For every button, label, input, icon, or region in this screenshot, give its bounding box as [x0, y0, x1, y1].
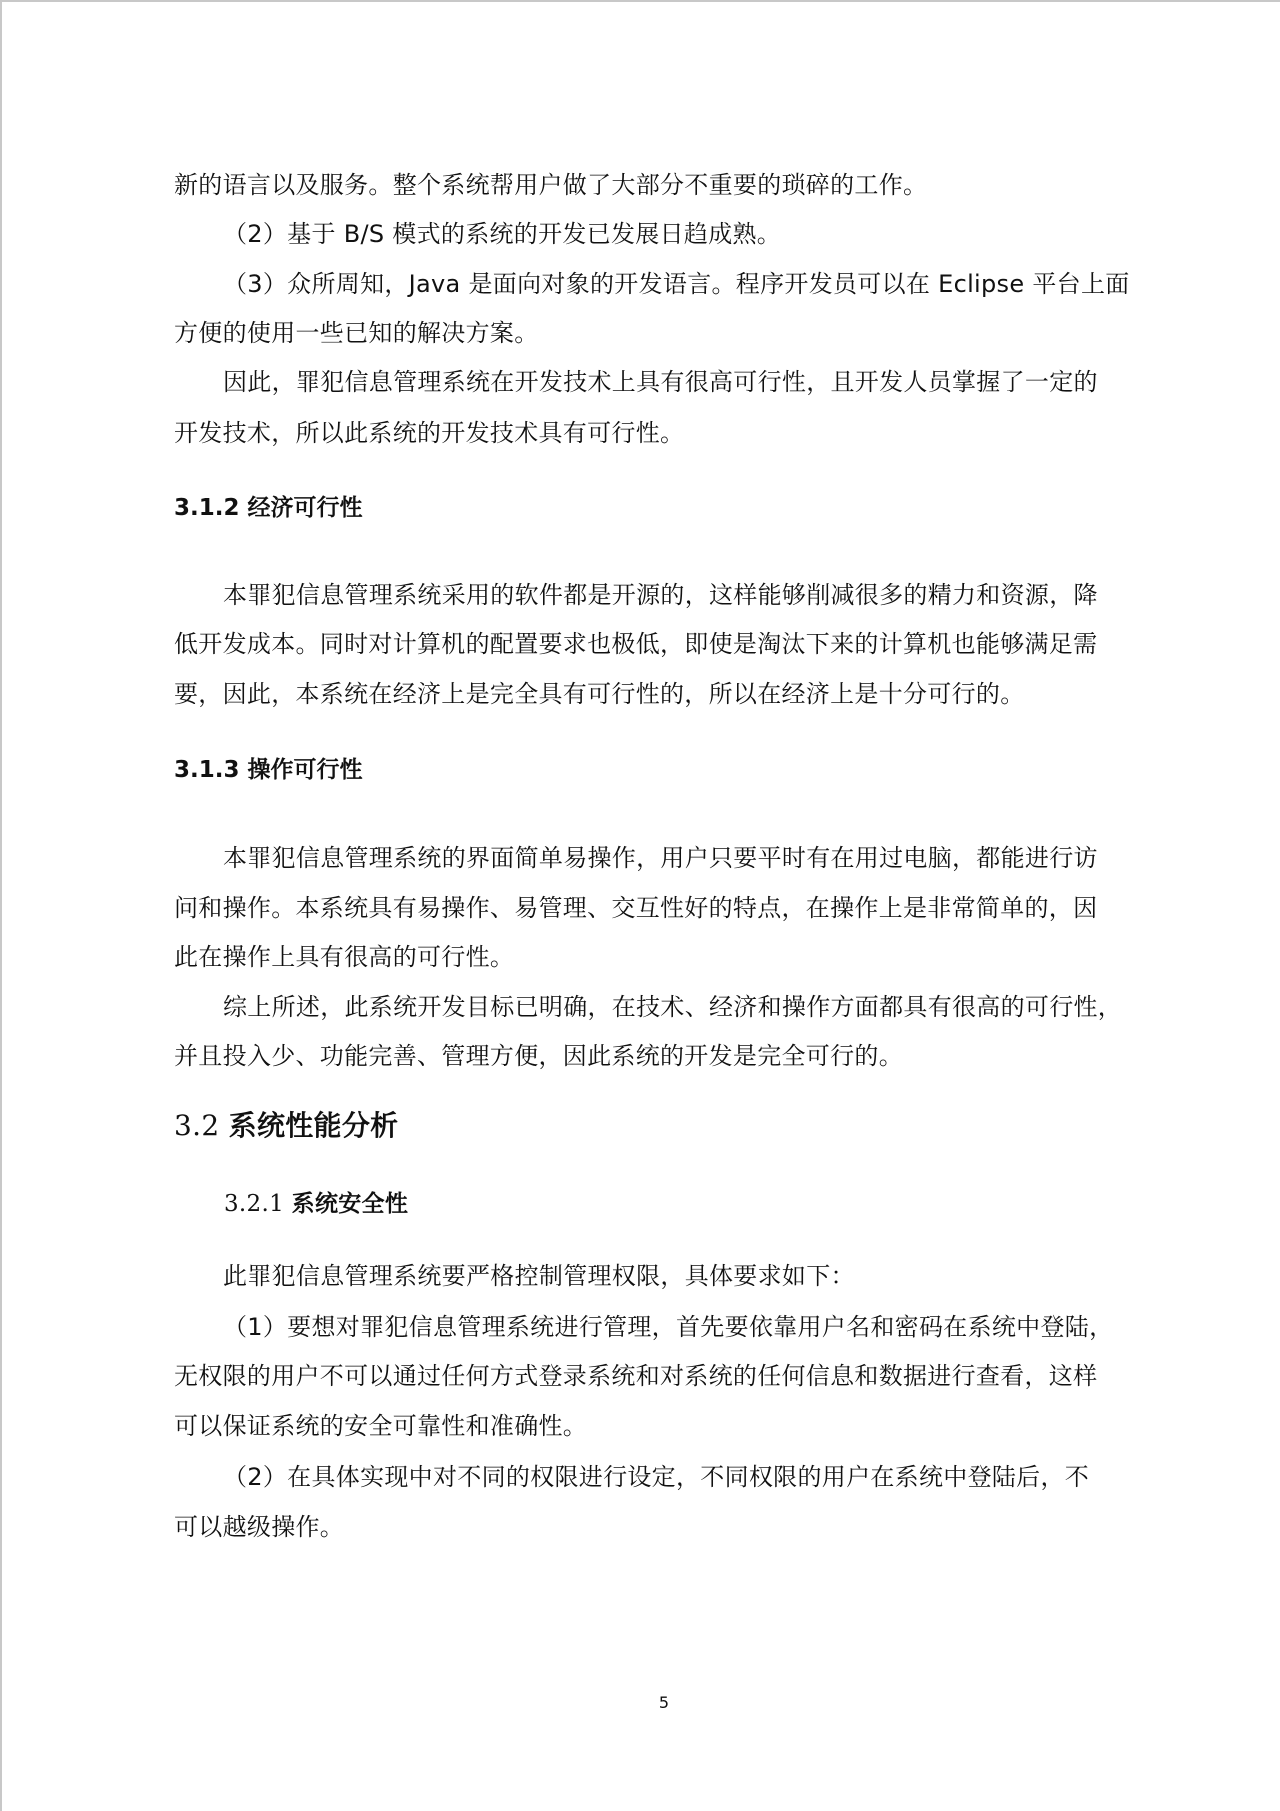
heading-text: 系统安全性	[292, 1191, 409, 1217]
heading-3-1-2: 3.1.2 经济可行性	[174, 493, 1144, 523]
heading-number: 3.2	[174, 1109, 219, 1142]
paragraph-line: 无权限的用户不可以通过任何方式登录系统和对系统的任何信息和数据进行查看，这样	[174, 1361, 1144, 1391]
paragraph-line: 低开发成本。同时对计算机的配置要求也极低，即使是淘汰下来的计算机也能够满足需	[174, 629, 1144, 659]
list-item-2: （2）基于 B/S 模式的系统的开发已发展日趋成熟。	[223, 219, 1144, 249]
paragraph-line: 方便的使用一些已知的解决方案。	[174, 318, 1144, 348]
paragraph-line: 本罪犯信息管理系统的界面简单易操作，用户只要平时有在用过电脑，都能进行访	[223, 843, 1144, 873]
paragraph-line: 本罪犯信息管理系统采用的软件都是开源的，这样能够削减很多的精力和资源，降	[223, 580, 1144, 610]
list-item-3: （3）众所周知，Java 是面向对象的开发语言。程序开发员可以在 Eclipse…	[223, 269, 1144, 299]
paragraph-line: 综上所述，此系统开发目标已明确，在技术、经济和操作方面都具有很高的可行性，	[223, 992, 1144, 1022]
document-page: 新的语言以及服务。整个系统帮用户做了大部分不重要的琐碎的工作。 （2）基于 B/…	[0, 0, 1280, 1811]
page-number: 5	[654, 1693, 674, 1713]
list-item-2: （2）在具体实现中对不同的权限进行设定，不同权限的用户在系统中登陆后，不	[223, 1462, 1144, 1492]
heading-number: 3.2.1	[224, 1191, 284, 1217]
heading-text: 系统性能分析	[229, 1109, 399, 1142]
heading-3-2-1: 3.2.1 系统安全性	[224, 1189, 1194, 1219]
paragraph-line: 因此，罪犯信息管理系统在开发技术上具有很高可行性，且开发人员掌握了一定的	[223, 367, 1144, 397]
paragraph-line: 可以保证系统的安全可靠性和准确性。	[174, 1411, 1144, 1441]
heading-3-2: 3.2 系统性能分析	[174, 1109, 1144, 1143]
paragraph-line: 此在操作上具有很高的可行性。	[174, 942, 1144, 972]
paragraph-line: 可以越级操作。	[174, 1512, 1144, 1542]
paragraph-line: 此罪犯信息管理系统要严格控制管理权限，具体要求如下：	[223, 1261, 1144, 1291]
list-item-1: （1）要想对罪犯信息管理系统进行管理，首先要依靠用户名和密码在系统中登陆，	[223, 1312, 1144, 1342]
paragraph-line: 开发技术，所以此系统的开发技术具有可行性。	[174, 418, 1144, 448]
heading-3-1-3: 3.1.3 操作可行性	[174, 755, 1144, 785]
paragraph-line: 并且投入少、功能完善、管理方便，因此系统的开发是完全可行的。	[174, 1041, 1144, 1071]
paragraph-line: 要，因此，本系统在经济上是完全具有可行性的，所以在经济上是十分可行的。	[174, 679, 1144, 709]
paragraph-line: 问和操作。本系统具有易操作、易管理、交互性好的特点，在操作上是非常简单的，因	[174, 893, 1144, 923]
paragraph-line: 新的语言以及服务。整个系统帮用户做了大部分不重要的琐碎的工作。	[174, 170, 1144, 200]
